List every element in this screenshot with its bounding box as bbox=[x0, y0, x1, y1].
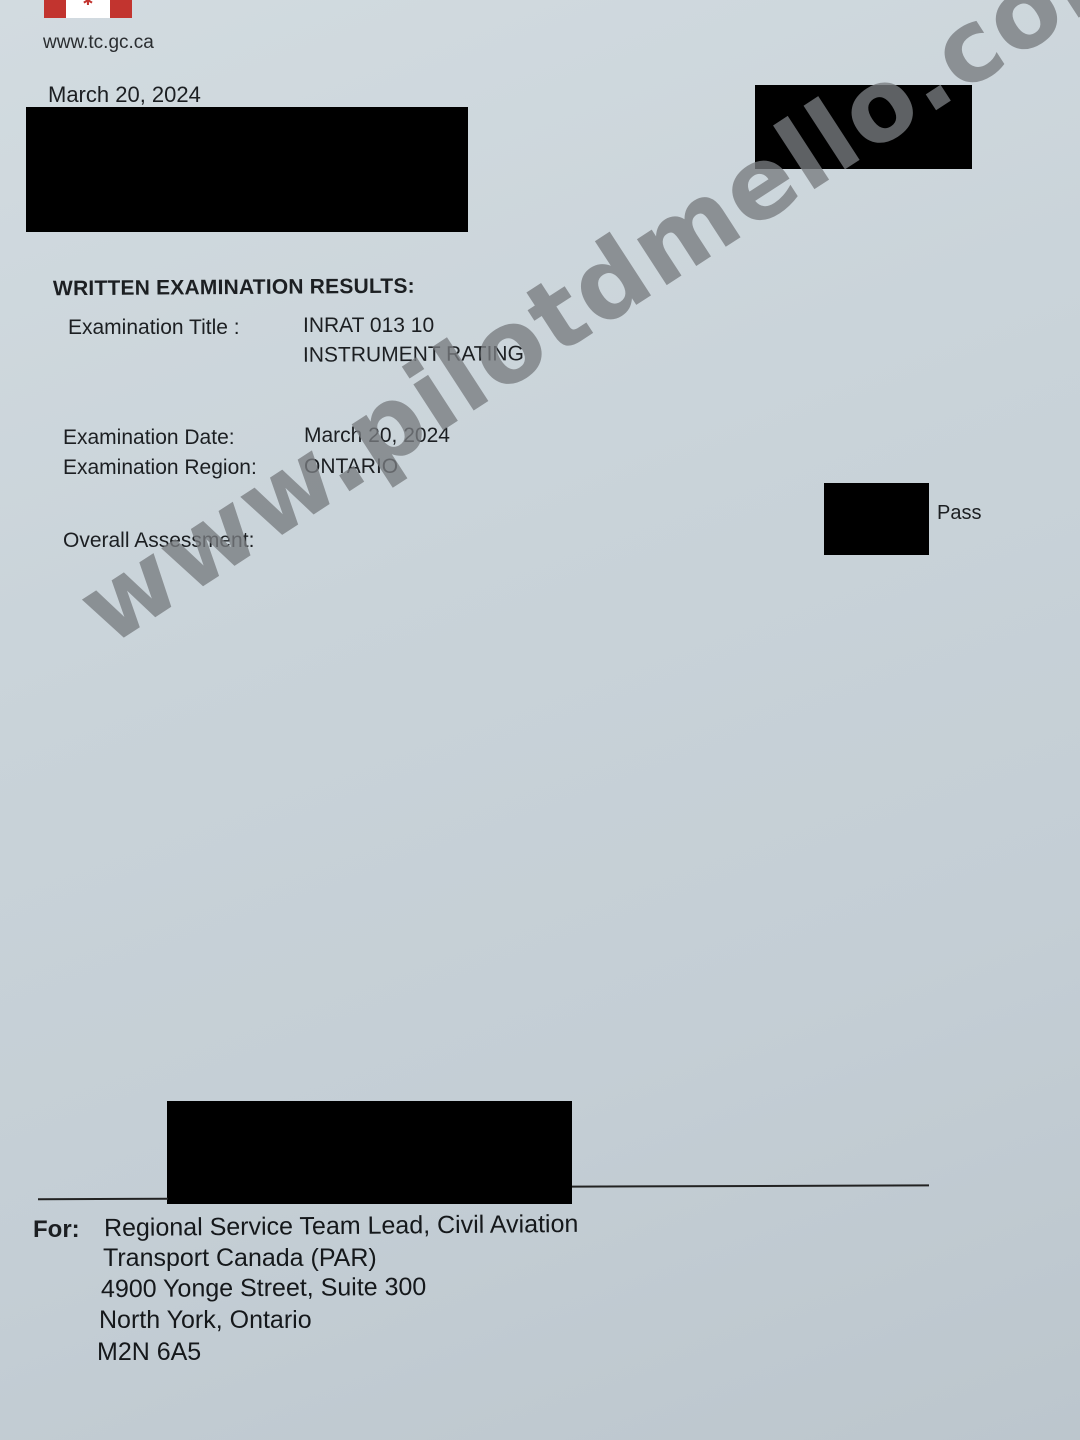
redacted-score-block bbox=[824, 483, 929, 555]
maple-leaf-icon: ✱ bbox=[83, 0, 94, 8]
redacted-recipient-block bbox=[26, 107, 468, 232]
address-line: M2N 6A5 bbox=[97, 1338, 201, 1367]
canada-flag-icon: ✱ bbox=[44, 0, 132, 18]
address-line: 4900 Yonge Street, Suite 300 bbox=[101, 1273, 426, 1304]
address-line: North York, Ontario bbox=[99, 1306, 312, 1335]
results-heading: WRITTEN EXAMINATION RESULTS: bbox=[53, 275, 415, 302]
signature-line bbox=[572, 1184, 929, 1187]
letter-date: March 20, 2024 bbox=[48, 82, 201, 108]
for-label: For: bbox=[33, 1216, 80, 1244]
signature-line bbox=[38, 1198, 168, 1200]
address-line: Regional Service Team Lead, Civil Aviati… bbox=[104, 1210, 579, 1243]
redacted-signature-block bbox=[167, 1101, 572, 1204]
address-line: Transport Canada (PAR) bbox=[103, 1244, 377, 1273]
assessment-result: Pass bbox=[937, 502, 981, 525]
website-url: www.tc.gc.ca bbox=[43, 32, 154, 54]
exam-title-code: INRAT 013 10 bbox=[303, 314, 434, 338]
exam-title-label: Examination Title : bbox=[68, 316, 240, 340]
exam-date-label: Examination Date: bbox=[63, 426, 235, 450]
